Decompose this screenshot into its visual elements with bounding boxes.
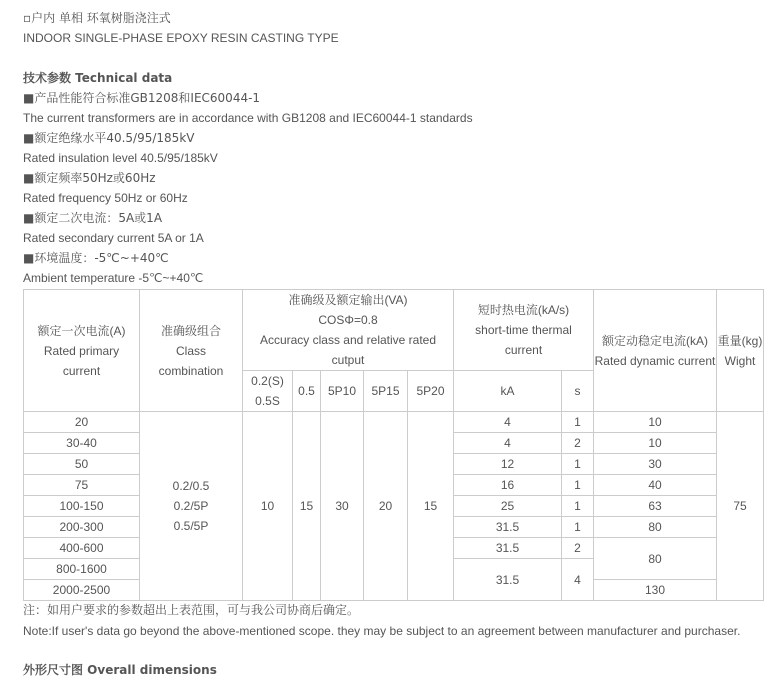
dynamic-cell: 10 — [594, 433, 717, 454]
header-thermal-s: s — [562, 371, 594, 412]
thermal-ka-cell: 4 — [454, 412, 562, 433]
header-accuracy-output: 准确级及额定输出(VA)COSΦ=0.8Accuracy class and r… — [243, 290, 454, 371]
thermal-s-cell: 1 — [562, 475, 594, 496]
primary-current-cell: 30-40 — [24, 433, 140, 454]
header-dynamic-current: 额定动稳定电流(kA)Rated dynamic current — [594, 290, 717, 412]
primary-current-cell: 20 — [24, 412, 140, 433]
technical-data-table: 额定一次电流(A)Rated primarycurrent 准确级组合Class… — [23, 289, 764, 601]
output-5p15-cell: 20 — [364, 412, 408, 601]
header-thermal-current: 短时热电流(kA/s)short-time thermalcurrent — [454, 290, 594, 371]
header-primary-current: 额定一次电流(A)Rated primarycurrent — [24, 290, 140, 412]
thermal-ka-cell: 31.5 — [454, 538, 562, 559]
technical-heading: 技术参数 Technical data — [23, 70, 172, 86]
spec-frequency-en: Rated frequency 50Hz or 60Hz — [23, 190, 188, 206]
header-class-5p15: 5P15 — [364, 371, 408, 412]
table-row: 20 0.2/0.50.2/5P0.5/5P 10 15 30 20 15 4 … — [24, 412, 764, 433]
type-cn: ▫户内 单相 环氧树脂浇注式 — [23, 10, 171, 26]
spec-insulation-en: Rated insulation level 40.5/95/185kV — [23, 150, 218, 166]
dynamic-cell: 63 — [594, 496, 717, 517]
dynamic-cell: 80 — [594, 517, 717, 538]
primary-current-cell: 800-1600 — [24, 559, 140, 580]
spec-secondary-en: Rated secondary current 5A or 1A — [23, 230, 204, 246]
output-5p10-cell: 30 — [321, 412, 364, 601]
dynamic-cell: 80 — [594, 538, 717, 580]
header-thermal-ka: kA — [454, 371, 562, 412]
thermal-s-cell: 4 — [562, 559, 594, 601]
thermal-s-cell: 2 — [562, 433, 594, 454]
spec-standard-cn: ■产品性能符合标准GB1208和IEC60044-1 — [23, 90, 260, 106]
header-class-5p10: 5P10 — [321, 371, 364, 412]
dimensions-heading: 外形尺寸图 Overall dimensions — [23, 662, 217, 678]
primary-current-cell: 400-600 — [24, 538, 140, 559]
primary-current-cell: 200-300 — [24, 517, 140, 538]
dynamic-cell: 40 — [594, 475, 717, 496]
spec-insulation-cn: ■额定绝缘水平40.5/95/185kV — [23, 130, 194, 146]
primary-current-cell: 50 — [24, 454, 140, 475]
spec-temperature-cn: ■环境温度：-5℃~+40℃ — [23, 250, 169, 266]
note-cn: 注：如用户要求的参数超出上表范围，可与我公司协商后确定。 — [23, 602, 359, 618]
header-weight: 重量(kg)Wight — [717, 290, 764, 412]
thermal-s-cell: 1 — [562, 517, 594, 538]
output-02s-cell: 10 — [243, 412, 293, 601]
primary-current-cell: 2000-2500 — [24, 580, 140, 601]
primary-current-cell: 100-150 — [24, 496, 140, 517]
dynamic-cell: 10 — [594, 412, 717, 433]
dynamic-cell: 130 — [594, 580, 717, 601]
thermal-ka-cell: 12 — [454, 454, 562, 475]
thermal-ka-cell: 16 — [454, 475, 562, 496]
dynamic-cell: 30 — [594, 454, 717, 475]
output-5p20-cell: 15 — [408, 412, 454, 601]
thermal-ka-cell: 4 — [454, 433, 562, 454]
header-class-02s: 0.2(S)0.5S — [243, 371, 293, 412]
weight-cell: 75 — [717, 412, 764, 601]
thermal-ka-cell: 31.5 — [454, 559, 562, 601]
header-class-combination: 准确级组合Classcombination — [140, 290, 243, 412]
spec-temperature-en: Ambient temperature -5℃~+40℃ — [23, 270, 203, 286]
thermal-ka-cell: 31.5 — [454, 517, 562, 538]
thermal-s-cell: 1 — [562, 496, 594, 517]
note-en: Note:If user's data go beyond the above-… — [23, 623, 740, 639]
output-05-cell: 15 — [293, 412, 321, 601]
spec-frequency-cn: ■额定频率50Hz或60Hz — [23, 170, 156, 186]
thermal-s-cell: 1 — [562, 454, 594, 475]
spec-standard-en: The current transformers are in accordan… — [23, 110, 473, 126]
spec-secondary-cn: ■额定二次电流：5A或1A — [23, 210, 162, 226]
thermal-s-cell: 1 — [562, 412, 594, 433]
primary-current-cell: 75 — [24, 475, 140, 496]
type-en: INDOOR SINGLE-PHASE EPOXY RESIN CASTING … — [23, 30, 339, 46]
class-combination-cell: 0.2/0.50.2/5P0.5/5P — [140, 412, 243, 601]
header-class-5p20: 5P20 — [408, 371, 454, 412]
header-class-05: 0.5 — [293, 371, 321, 412]
thermal-ka-cell: 25 — [454, 496, 562, 517]
thermal-s-cell: 2 — [562, 538, 594, 559]
